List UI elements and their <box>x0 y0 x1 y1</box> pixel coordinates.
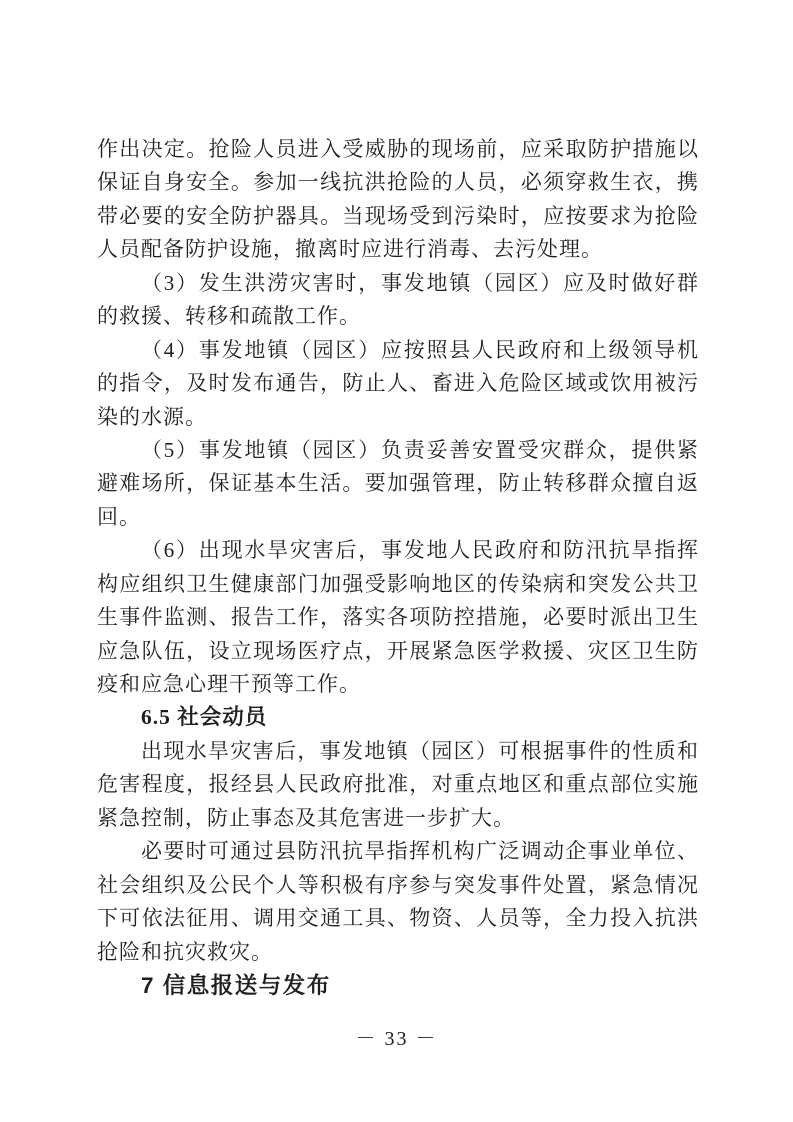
text-line: 染的水源。 <box>97 401 699 434</box>
text-block: 作出决定。抢险人员进入受威胁的现场前，应采取防护措施以 保证自身安全。参加一线抗… <box>97 133 699 1002</box>
text-line: 构应组织卫生健康部门加强受影响地区的传染病和突发公共卫 <box>97 568 699 601</box>
text-line: 回。 <box>97 501 699 534</box>
text-line: 保证自身安全。参加一线抗洪抢险的人员，必须穿救生衣，携 <box>97 166 699 199</box>
chapter-heading-7: 7 信息报送与发布 <box>97 969 699 1002</box>
text-line: 作出决定。抢险人员进入受威胁的现场前，应采取防护措施以 <box>97 133 699 166</box>
text-line: 出现水旱灾害后，事发地镇（园区）可根据事件的性质和 <box>97 735 699 768</box>
text-line: 抢险和抗灾救灾。 <box>97 936 699 969</box>
text-line: （4）事发地镇（园区）应按照县人民政府和上级领导机构 <box>97 334 699 367</box>
text-line: 下可依法征用、调用交通工具、物资、人员等，全力投入抗洪 <box>97 902 699 935</box>
page-number: － 33 － <box>0 1022 793 1051</box>
text-line: 生事件监测、报告工作，落实各项防控措施，必要时派出卫生 <box>97 601 699 634</box>
text-line: 的救援、转移和疏散工作。 <box>97 300 699 333</box>
text-line: 危害程度，报经县人民政府批准，对重点地区和重点部位实施 <box>97 768 699 801</box>
section-heading-6-5: 6.5 社会动员 <box>97 701 699 734</box>
text-line: （5）事发地镇（园区）负责妥善安置受灾群众，提供紧急 <box>97 434 699 467</box>
text-line: 必要时可通过县防汛抗旱指挥机构广泛调动企事业单位、 <box>97 835 699 868</box>
document-page: 作出决定。抢险人员进入受威胁的现场前，应采取防护措施以 保证自身安全。参加一线抗… <box>0 0 793 1122</box>
text-line: 人员配备防护设施，撤离时应进行消毒、去污处理。 <box>97 233 699 266</box>
text-line: （6）出现水旱灾害后，事发地人民政府和防汛抗旱指挥机 <box>97 534 699 567</box>
text-line: 应急队伍，设立现场医疗点，开展紧急医学救援、灾区卫生防 <box>97 635 699 668</box>
text-line: 带必要的安全防护器具。当现场受到污染时，应按要求为抢险 <box>97 200 699 233</box>
text-line: （3）发生洪涝灾害时，事发地镇（园区）应及时做好群众 <box>97 267 699 300</box>
text-line: 疫和应急心理干预等工作。 <box>97 668 699 701</box>
text-line: 社会组织及公民个人等积极有序参与突发事件处置，紧急情况 <box>97 869 699 902</box>
text-line: 的指令，及时发布通告，防止人、畜进入危险区域或饮用被污 <box>97 367 699 400</box>
text-line: 紧急控制，防止事态及其危害进一步扩大。 <box>97 802 699 835</box>
text-line: 避难场所，保证基本生活。要加强管理，防止转移群众擅自返 <box>97 467 699 500</box>
